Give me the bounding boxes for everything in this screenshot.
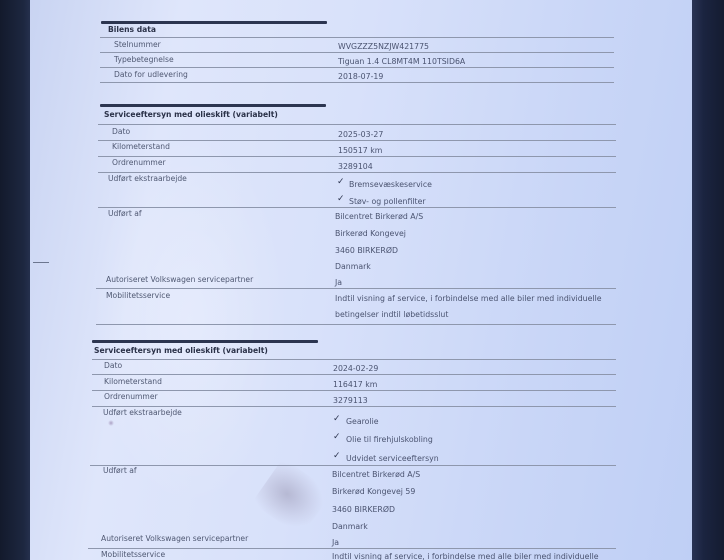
section-title: Serviceeftersyn med olieskift (variabelt… — [94, 346, 268, 355]
check-icon: ✓ — [333, 432, 341, 442]
value-date: 2025-03-27 — [338, 130, 383, 139]
row-divider — [100, 67, 614, 68]
performed-by-line: 3460 BIRKERØD — [335, 246, 398, 255]
row-divider — [92, 390, 616, 391]
label-chassis-number: Stelnummer — [114, 40, 161, 49]
check-icon: ✓ — [333, 451, 341, 461]
label-mileage: Kilometerstand — [104, 377, 162, 386]
value-authorized-partner: Ja — [332, 538, 339, 547]
label-mobility-service: Mobilitetsservice — [106, 291, 170, 300]
row-divider — [98, 172, 616, 173]
check-icon: ✓ — [333, 414, 341, 424]
label-date: Dato — [104, 361, 122, 370]
value-authorized-partner: Ja — [335, 278, 342, 287]
row-divider — [98, 124, 616, 125]
performed-by-line: Danmark — [335, 262, 371, 271]
value-type-designation: Tiguan 1.4 CL8MT4M 110TSID6A — [338, 57, 465, 66]
row-divider — [90, 465, 616, 466]
performed-by-line: Bilcentret Birkerød A/S — [332, 470, 420, 479]
label-extra-work: Udført ekstraarbejde — [108, 174, 187, 183]
section-title: Serviceeftersyn med olieskift (variabelt… — [104, 110, 278, 119]
value-mileage: 150517 km — [338, 146, 382, 155]
row-divider — [98, 156, 616, 157]
extra-work-item: Gearolie — [346, 417, 379, 426]
label-delivery-date: Dato for udlevering — [114, 70, 188, 79]
fold-mark — [33, 262, 49, 263]
value-chassis-number: WVGZZZ5NZJW421775 — [338, 42, 429, 51]
label-type-designation: Typebetegnelse — [114, 55, 174, 64]
label-mileage: Kilometerstand — [112, 142, 170, 151]
label-performed-by: Udført af — [103, 466, 137, 475]
label-authorized-partner: Autoriseret Volkswagen servicepartner — [106, 275, 253, 284]
row-divider — [92, 374, 616, 375]
section-rule — [100, 104, 326, 107]
section-title: Bilens data — [108, 25, 156, 34]
performed-by-line: Bilcentret Birkerød A/S — [335, 212, 423, 221]
section-rule — [92, 340, 318, 343]
label-mobility-service: Mobilitetsservice — [101, 550, 165, 559]
performed-by-line: Danmark — [332, 522, 368, 531]
section-rule — [101, 21, 327, 24]
value-mobility-service: Indtil visning af service, i forbindelse… — [332, 552, 599, 560]
row-divider — [100, 52, 614, 53]
check-icon: ✓ — [337, 194, 345, 204]
row-divider — [100, 82, 614, 83]
row-divider — [88, 548, 616, 549]
value-order-number: 3279113 — [333, 396, 368, 405]
extra-work-item: Bremsevæskeservice — [349, 180, 432, 189]
performed-by-line: Birkerød Kongevej 59 — [332, 487, 415, 496]
pen-mark — [108, 420, 114, 426]
value-date: 2024-02-29 — [333, 364, 378, 373]
performed-by-line: Birkerød Kongevej — [335, 229, 406, 238]
label-order-number: Ordrenummer — [112, 158, 166, 167]
label-extra-work: Udført ekstraarbejde — [103, 408, 182, 417]
value-delivery-date: 2018-07-19 — [338, 72, 383, 81]
background-left — [0, 0, 34, 560]
extra-work-item: Udvidet serviceeftersyn — [346, 454, 439, 463]
background-right — [690, 0, 724, 560]
row-divider — [98, 140, 616, 141]
row-divider — [92, 406, 616, 407]
row-divider — [96, 288, 616, 289]
check-icon: ✓ — [337, 177, 345, 187]
row-divider — [98, 207, 616, 208]
performed-by-line: 3460 BIRKERØD — [332, 505, 395, 514]
value-order-number: 3289104 — [338, 162, 373, 171]
label-authorized-partner: Autoriseret Volkswagen servicepartner — [101, 534, 248, 543]
extra-work-item: Støv- og pollenfilter — [349, 197, 426, 206]
value-mobility-service: betingelser indtil løbetidsslut — [335, 310, 448, 319]
row-divider — [100, 37, 614, 38]
value-mileage: 116417 km — [333, 380, 377, 389]
label-date: Dato — [112, 127, 130, 136]
value-mobility-service: Indtil visning af service, i forbindelse… — [335, 294, 602, 303]
row-divider — [92, 359, 616, 360]
label-order-number: Ordrenummer — [104, 392, 158, 401]
extra-work-item: Olie til firehjulskobling — [346, 435, 433, 444]
label-performed-by: Udført af — [108, 209, 142, 218]
row-divider — [96, 324, 616, 325]
